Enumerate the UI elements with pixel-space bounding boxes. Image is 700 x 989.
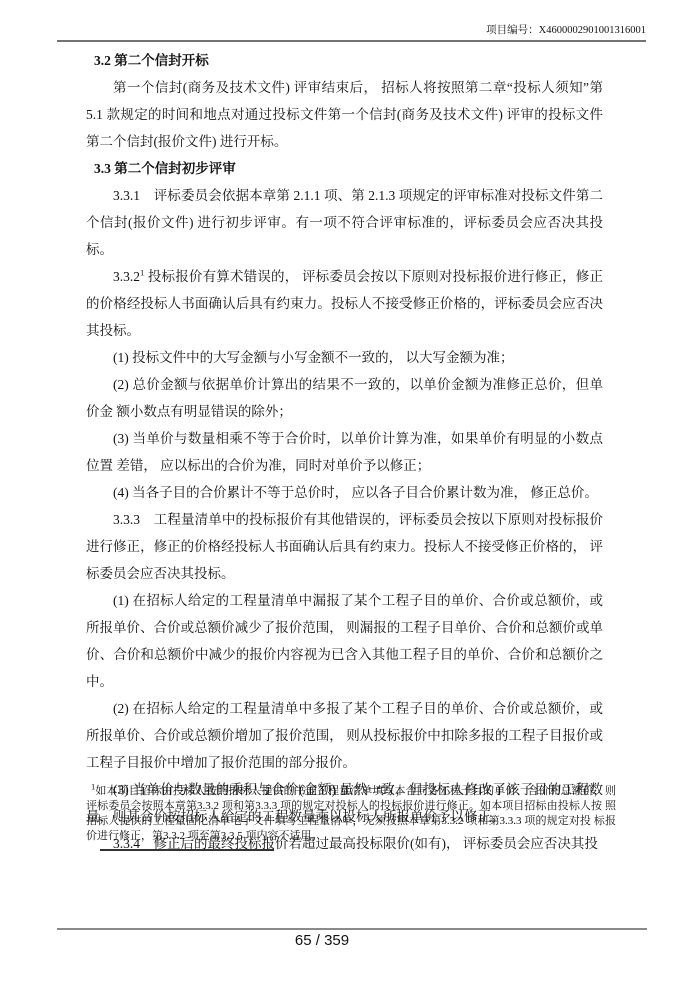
section-heading-3-2: 3.2 第二个信封开标 xyxy=(86,47,603,74)
footer-divider xyxy=(57,928,647,930)
clause-3-3-1: 3.3.1 评标委员会依据本章第 2.1.1 项、第 2.1.3 项规定的评审标… xyxy=(86,182,603,263)
list-item-3-3-3-2: (2) 在招标人给定的工程量清单中多报了某个工程子目的单价、合价或总额价，或所报… xyxy=(86,695,603,776)
page-header: 项目编号：X4600002901001316001 xyxy=(57,22,646,42)
footnote-rule xyxy=(100,849,274,851)
clause-3-3-3: 3.3.3 工程量清单中的投标报价有其他错误的，评标委员会按以下原则对投标报价进… xyxy=(86,506,603,587)
clause-3-3-2: 3.3.21 投标报价有算术错误的， 评标委员会按以下原则对投标报价进行修正，修… xyxy=(86,263,603,344)
section-heading-3-3: 3.3 第二个信封初步评审 xyxy=(86,155,603,182)
document-page: 项目编号：X4600002901001316001 3.2 第二个信封开标 第一… xyxy=(0,0,700,989)
document-body: 3.2 第二个信封开标 第一个信封(商务及技术文件) 评审结束后， 招标人将按照… xyxy=(86,47,603,857)
page-footer: 65 / 359 xyxy=(295,932,349,949)
clause-text: 投标报价有算术错误的， 评标委员会按以下原则对投标报价进行修正，修正的价格经投标… xyxy=(86,269,603,338)
footnote-text: 如本项目招标由投标人按照招标人提供的书面工程量清单填写本合同各工程子目的单价、合… xyxy=(86,785,616,842)
list-item-3-3-2-1: (1) 投标文件中的大写金额与小写金额不一致的， 以大写金额为准； xyxy=(86,344,603,371)
footnote-block: 1如本项目招标由投标人按照招标人提供的书面工程量清单填写本合同各工程子目的单价、… xyxy=(86,784,616,844)
list-item-3-3-2-4: (4) 当各子目的合价累计不等于总价时， 应以各子目合价累计数为准， 修正总价。 xyxy=(86,479,603,506)
clause-number: 3.3.2 xyxy=(113,269,140,284)
list-item-3-3-2-3: (3) 当单价与数量相乘不等于合价时，以单价计算为准，如果单价有明显的小数点位置… xyxy=(86,425,603,479)
page-number: 65 / 359 xyxy=(295,932,349,949)
body-paragraph-opening: 第一个信封(商务及技术文件) 评审结束后， 招标人将按照第二章“投标人须知”第 … xyxy=(86,74,603,155)
list-item-3-3-3-1: (1) 在招标人给定的工程量清单中漏报了某个工程子目的单价、合价或总额价，或所报… xyxy=(86,587,603,695)
footnote-paragraph: 1如本项目招标由投标人按照招标人提供的书面工程量清单填写本合同各工程子目的单价、… xyxy=(86,784,616,844)
project-number: 项目编号：X4600002901001316001 xyxy=(486,25,646,36)
list-item-3-3-2-2: (2) 总价金额与依据单价计算出的结果不一致的，以单价金额为准修正总价，但单价金… xyxy=(86,371,603,425)
